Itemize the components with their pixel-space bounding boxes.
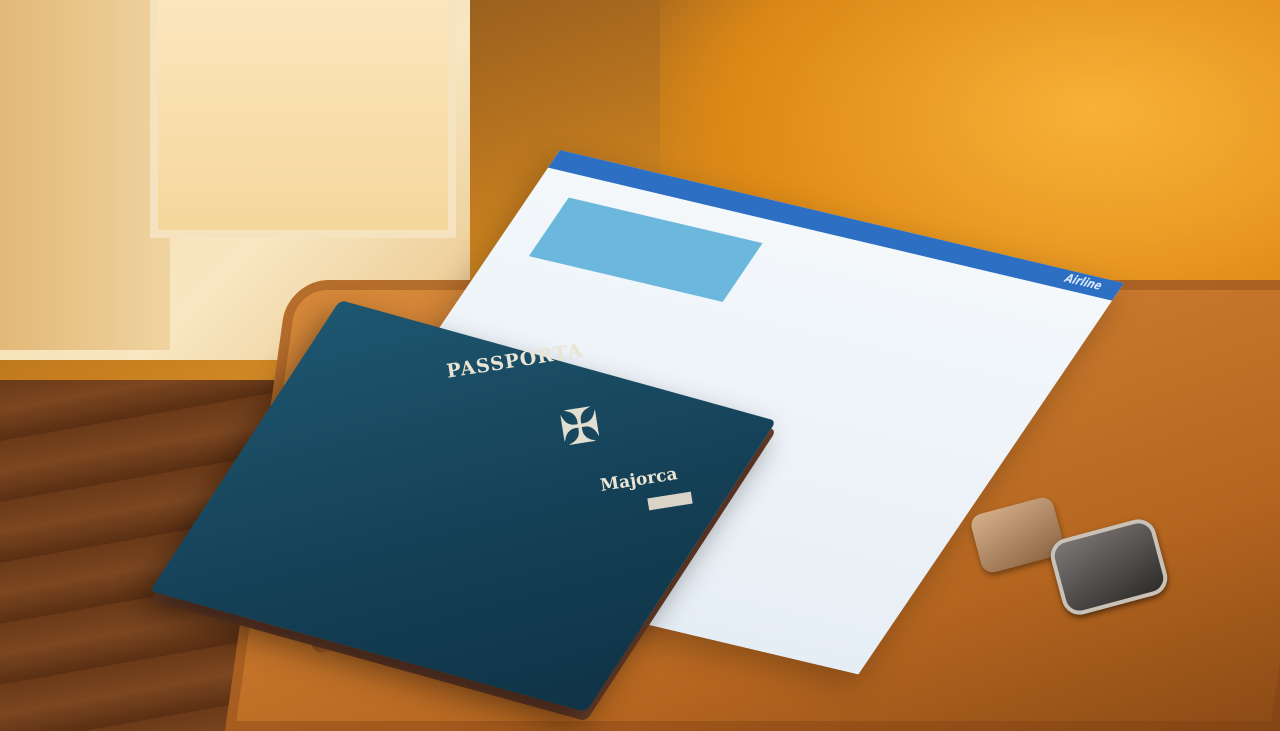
window-frame — [0, 0, 170, 350]
window-pane — [150, 0, 456, 238]
ticket-band — [529, 197, 763, 301]
